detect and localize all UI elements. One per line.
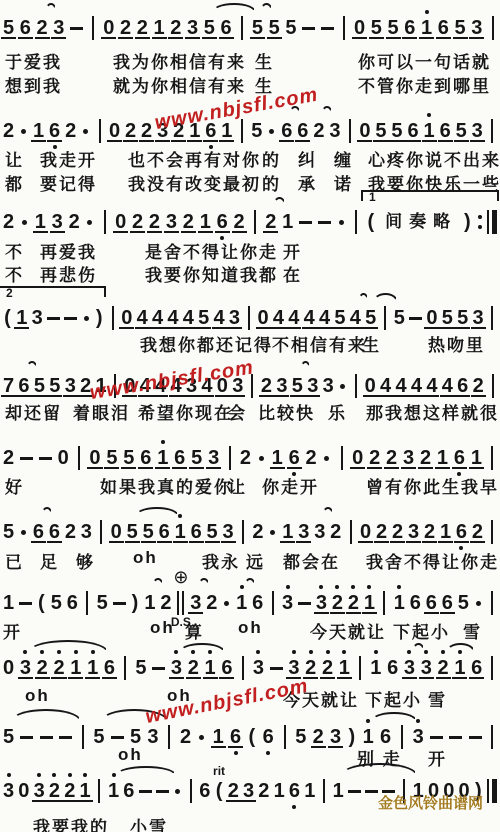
barline-token [488,304,497,332]
note-token: 2 [149,208,160,236]
duration-dash [270,667,283,670]
paren-token: ) [131,589,140,617]
segno-icon: ⊕ [173,563,188,591]
repeat-end-token [478,208,497,236]
slur-arc [300,361,311,370]
note-token: 2 [386,444,397,472]
note-token: 2 [438,654,449,682]
lyric-segment: 下起小 [365,686,422,711]
note-token: 5 [49,372,60,400]
duration-dash-token [469,723,482,751]
duration-dash-token [40,723,53,751]
barline-mark [254,210,256,234]
barline-token [351,208,360,236]
lyric-segment: 诺 [334,170,353,195]
note-token: 5 [334,304,345,332]
barline-token [380,589,389,617]
lyric-segment: 开 [283,238,302,263]
lyric-segment: 都会在 [283,548,340,573]
note-token: 4 [183,304,194,332]
note-token: 2 [160,589,171,617]
note-token: 5 [365,304,376,332]
note-token: 3 [471,14,482,42]
duration-dash [19,602,32,605]
sheet-music-page: 56230221235655505561653于爱我我为你相信有来生你可以一句话… [0,0,500,832]
final-barline-token [487,777,497,805]
slur-arc [28,640,108,652]
lyric-segment: 热吻里 [428,331,485,356]
low-octave-dot [292,805,296,809]
slur-arc [358,293,369,302]
note-token: 2 [369,444,380,472]
note-token: 6 [49,117,60,145]
duration-dash-token [113,589,126,617]
slur-arc [322,507,334,516]
repeat-end-sign [478,210,497,234]
note-token: 3 [404,654,415,682]
brand-watermark: 金色风铃曲谱网 [378,792,483,813]
barline-token [268,589,277,617]
lyric-segment: 再悲伤 [40,261,97,286]
note-token: 2 [141,117,152,145]
augmentation-dot [84,316,89,321]
slur-arc [135,507,179,516]
slur-arc [41,507,53,516]
note-token: 2 [3,117,14,145]
barline-mark [383,591,385,615]
barline-mark [487,210,489,234]
duration-dash [64,317,77,320]
high-octave-dot [174,650,178,654]
lyric-segment: 缠 [334,146,353,171]
note-token: 6 [221,654,232,682]
duration-dash [302,27,315,30]
duration-dash-token [39,444,52,472]
slur-arc [244,578,256,587]
note-token: 4 [411,372,422,400]
slur-arc [198,578,210,587]
high-octave-dot [424,650,428,654]
note-token: 1 [213,723,224,751]
barline-token [319,777,328,805]
note-token: 2 [313,723,324,751]
barline-mark [104,210,106,234]
note-token: 5 [97,589,108,617]
barline-mark [487,779,489,803]
note-token: 6 [174,444,185,472]
barline-mark [492,779,497,803]
note-token: 6 [454,444,465,472]
note-token: 0 [18,777,29,805]
slur-arc [273,197,286,206]
barline-token [89,14,98,42]
lyric-segment: 承 [298,170,317,195]
high-octave-dot [374,650,378,654]
barline-token [225,444,234,472]
note-token: 1 [333,777,344,805]
note-token: 3 [20,654,31,682]
note-token: 3 [3,777,14,805]
note-token: 3 [166,208,177,236]
volta-bracket: 1 [361,190,499,201]
duration-dash [321,27,334,30]
text-token: 间奏略 [381,208,457,236]
note-token: 3 [223,518,234,546]
barline-mark [86,591,88,615]
note-token: 6 [123,777,134,805]
barline-token [239,518,248,546]
lyric-segment: 让 [5,146,24,171]
lyric-segment: 让 [228,473,247,498]
tempo-marking: rit [213,757,225,785]
note-token: 1 [339,654,350,682]
note-token: 2 [420,444,431,472]
barline-mark [491,306,493,330]
note-token: 1 [454,654,465,682]
augmentation-dot-token [337,208,346,236]
note-token: 1 [154,14,165,42]
lyric-segment: oh [133,548,158,568]
duration-dash [59,736,72,739]
barline-mark [190,779,192,803]
note-token: 0 [115,208,126,236]
note-token: 5 [51,589,62,617]
note-token: 3 [307,372,318,400]
notation-line: 5553216(6523)163 [3,723,497,751]
note-token: 6 [221,14,232,42]
note-token: 6 [199,777,210,805]
note-token: 4 [137,304,148,332]
duration-dash [348,790,361,793]
duration-dash-token [348,777,361,805]
note-token: 3 [298,518,309,546]
duration-dash [449,736,462,739]
note-token: 3 [403,444,414,472]
lyric-segment: oh [150,618,175,638]
note-token: 1 [175,518,186,546]
note-token: 1 [437,444,448,472]
lyric-segment: 我要我的 [33,813,109,832]
volta-number: 1 [369,191,376,203]
slur-arc [260,3,273,12]
note-token: 5 [295,723,306,751]
augmentation-dot [270,530,275,535]
duration-dash [20,736,33,739]
barline-mark [78,446,80,470]
augmentation-dot-token [474,589,483,617]
high-octave-dot [397,585,401,589]
note-token: 5 [252,14,263,42]
augmentation-dot [324,456,329,461]
duration-dash [430,736,443,739]
high-octave-dot [335,585,339,589]
barline-mark [99,119,101,143]
note-token: 2 [3,208,14,236]
note-token: 2 [228,777,239,805]
slur-arc [373,293,398,302]
duration-dash [298,602,311,605]
lyric-segment: 我没有改变最初 [128,170,261,195]
high-octave-dot [68,773,72,777]
note-token: 6 [438,14,449,42]
lyric-segment: 生 [255,48,274,73]
barline-token [165,723,174,751]
lyric-segment: 下起小 [393,618,450,643]
note-token: 2 [64,777,75,805]
lyric-segment: 不 [5,238,24,263]
high-octave-dot [342,650,346,654]
note-token: 7 [3,372,14,400]
lyric-segment: 小雪 [130,813,168,832]
high-octave-dot [351,585,355,589]
low-octave-dot [266,751,270,755]
paren-token: ( [3,304,12,332]
note-token: 6 [297,117,308,145]
augmentation-dot-token [267,117,276,145]
lyric-segment: 再爱我 [40,238,97,263]
notation-line: 21320223216221(间奏略)1 [3,208,497,236]
barline-token [345,117,354,145]
augmentation-dot-token [268,518,277,546]
note-token: 5 [207,518,218,546]
augmentation-dot-token [19,518,28,546]
lyric-segment: 不相信有来 [272,331,367,356]
augmentation-dot-token [338,372,347,400]
barline-token [95,777,104,805]
duration-dash [111,736,124,739]
barline-mark [491,520,493,544]
note-token: 2 [120,14,131,42]
augmentation-dot [259,456,264,461]
note-token: 1 [282,208,293,236]
low-octave-dot [234,751,238,755]
lyric-segment: 你走开 [262,473,319,498]
high-octave-dot [416,719,420,723]
note-token: 3 [473,304,484,332]
barline-token [381,304,390,332]
barline-mark [92,16,94,40]
barline-token [75,444,84,472]
augmentation-dot [175,789,180,794]
lyric-segment: 我永 [202,548,240,573]
note-token: 3 [421,654,432,682]
augmentation-dot-token [19,117,28,145]
note-token: 6 [20,14,31,42]
note-token: 5 [455,14,466,42]
barline-token [238,654,247,682]
note-token: 6 [456,518,467,546]
note-token: 1 [87,654,98,682]
barline-mark [168,725,170,749]
note-token: 3 [276,372,287,400]
slur-arc [212,3,256,12]
note-token: 4 [380,372,391,400]
note-token: 1 [3,589,14,617]
lyric-segment: oh [238,618,263,638]
paren-token: ( [247,723,256,751]
duration-dash [409,317,422,320]
paren-token: ( [37,589,46,617]
note-token: 6 [410,589,421,617]
note-token: 5 [34,372,45,400]
barline-mark [241,119,243,143]
note-token: 1 [33,117,44,145]
barline-mark [355,210,357,234]
duration-dash [40,736,53,739]
note-token: 5 [3,723,14,751]
repeat-dot [478,225,482,229]
augmentation-dot-token [20,208,29,236]
slur-arc [371,712,417,721]
slur-arc [321,106,333,115]
high-octave-dot [441,650,445,654]
barline-mark [98,779,100,803]
note-token: 6 [440,117,451,145]
lyric-segment: 雪 [428,686,447,711]
note-token: 3 [53,14,64,42]
barline-token [237,117,246,145]
note-token: 3 [208,444,219,472]
barline-token [488,372,497,400]
high-octave-dot [366,719,370,723]
note-token: 6 [104,654,115,682]
note-token: 2 [472,518,483,546]
repeat-dots [478,215,482,229]
note-token: 2 [306,444,317,472]
note-token: 4 [395,372,406,400]
note-token: 5 [394,304,405,332]
barline-mark [359,656,361,680]
notation-line: 032211653216332211633216 [3,654,497,682]
slur-arc [26,361,38,370]
barline-token [100,208,109,236]
barline-mark [491,119,493,143]
barline-token [244,304,253,332]
duration-dash-token [299,208,312,236]
lyric-segment: 纠 [298,146,317,171]
lyric-segment: 那我想这样就很 [366,399,499,424]
lyric-segment: 会 [228,399,247,424]
barline-token [186,777,195,805]
lyric-segment: 心疼你说不出来 [368,146,500,171]
note-token: 1 [108,777,119,805]
barline-mark [492,210,497,234]
note-token: 3 [32,304,43,332]
lyric-segment: 都 [5,170,24,195]
duration-dash-token [59,723,72,751]
note-token: 1 [272,444,283,472]
note-token: 6 [457,372,468,400]
lyric-segment: 我想你都还记得 [140,331,273,356]
volta-number: 2 [6,287,13,299]
note-token: 1 [70,654,81,682]
note-token: 1 [364,589,375,617]
note-token: 2 [252,518,263,546]
note-token: 4 [304,304,315,332]
lyric-segment: oh [25,686,50,706]
barline-mark [350,520,352,544]
double-barline-token: ⊕D.S [176,589,185,617]
barline-mark [284,725,286,749]
note-token: 0 [3,654,14,682]
duration-dash [139,790,152,793]
lyric-segment: 希望你现在 [138,399,233,424]
barline-token [83,589,92,617]
note-token: 3 [65,372,76,400]
note-token: 2 [65,518,76,546]
note-token: 6 [289,777,300,805]
slur-arc [11,709,81,721]
barline-token [488,723,497,751]
high-octave-dot [326,650,330,654]
note-token: 2 [376,518,387,546]
barline-token [356,654,365,682]
augmentation-dot-token [81,117,90,145]
note-token: 1 [205,654,216,682]
duration-dash [113,602,126,605]
augmentation-dot [199,735,204,740]
note-token: 4 [273,304,284,332]
duration-dash-token [409,304,422,332]
note-token: 5 [388,14,399,42]
note-token: 1 [200,208,211,236]
note-token: 6 [159,518,170,546]
note-token: 6 [67,589,78,617]
lyric-segment: 我舍不得让你走 [366,548,499,573]
lyric-segment: 我走开 [40,146,97,171]
high-octave-dot [256,650,260,654]
barline-mark [355,374,357,398]
note-token: 6 [471,654,482,682]
note-token: 5 [127,518,138,546]
note-token: 3 [171,654,182,682]
duration-dash-token [20,444,33,472]
barline-token [95,117,104,145]
augmentation-dot-token [257,444,266,472]
augmentation-dot [476,601,481,606]
lyric-segment: 于爱我 [5,48,62,73]
duration-dash-token [321,14,334,42]
duration-dash-token [152,654,165,682]
note-token: 3 [413,723,424,751]
note-token: 5 [456,117,467,145]
note-token: 6 [281,117,292,145]
barline-token [250,208,259,236]
note-token: 1 [157,444,168,472]
site-watermark: www.nbjsfl.com [144,675,311,729]
slur-arc [45,3,57,12]
duration-dash-token [449,723,462,751]
duration-dash [318,221,331,224]
note-token: 6 [387,654,398,682]
note-token: 3 [187,14,198,42]
final-barline [487,779,497,803]
note-token: 1 [440,518,451,546]
barline-mark [491,446,493,470]
barline-token [337,444,346,472]
barline-mark [343,16,345,40]
note-token: 2 [125,117,136,145]
note-token: 3 [253,654,264,682]
note-token: 0 [58,444,69,472]
note-token: 2 [330,518,341,546]
note-token: 5 [371,14,382,42]
lyric-segment: 已 [5,548,24,573]
high-octave-dot [161,440,165,444]
notation-line: 56230221235655505561653 [3,14,497,42]
note-token: 2 [332,589,343,617]
duration-dash [20,457,33,460]
